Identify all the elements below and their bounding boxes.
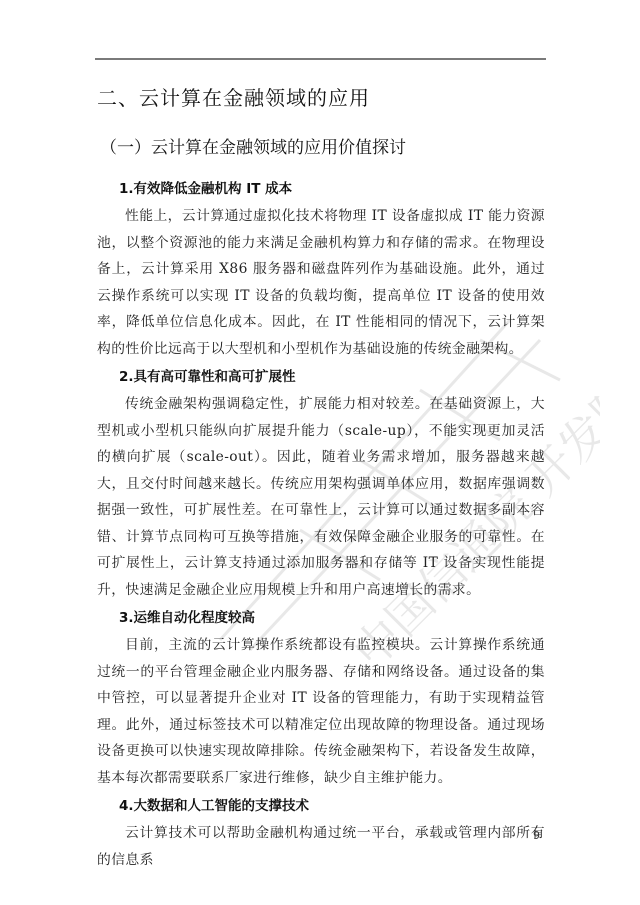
item-heading-4: 4.大数据和人工智能的支撑技术: [97, 793, 545, 820]
header-rule: [95, 58, 546, 60]
item-heading-3: 3.运维自动化程度较高: [97, 605, 545, 632]
item-paragraph-1: 性能上，云计算通过虚拟化技术将物理 IT 设备虚拟成 IT 能力资源池，以整个资…: [97, 203, 545, 362]
document-body: 1.有效降低金融机构 IT 成本 性能上，云计算通过虚拟化技术将物理 IT 设备…: [97, 174, 545, 873]
subsection-title: （一）云计算在金融领域的应用价值探讨: [100, 133, 406, 158]
item-heading-2: 2.具有高可靠性和高可扩展性: [97, 364, 545, 391]
item-heading-1: 1.有效降低金融机构 IT 成本: [97, 176, 545, 203]
item-paragraph-2: 传统金融架构强调稳定性，扩展能力相对较差。在基础资源上，大型机或小型机只能纵向扩…: [97, 391, 545, 603]
section-title: 二、云计算在金融领域的应用: [97, 82, 370, 111]
page-number: 9: [533, 829, 540, 842]
item-paragraph-4: 云计算技术可以帮助金融机构通过统一平台，承载或管理内部所有的信息系: [97, 820, 545, 873]
item-paragraph-3: 目前，主流的云计算操作系统都设有监控模块。云计算操作系统通过统一的平台管理金融企…: [97, 632, 545, 791]
